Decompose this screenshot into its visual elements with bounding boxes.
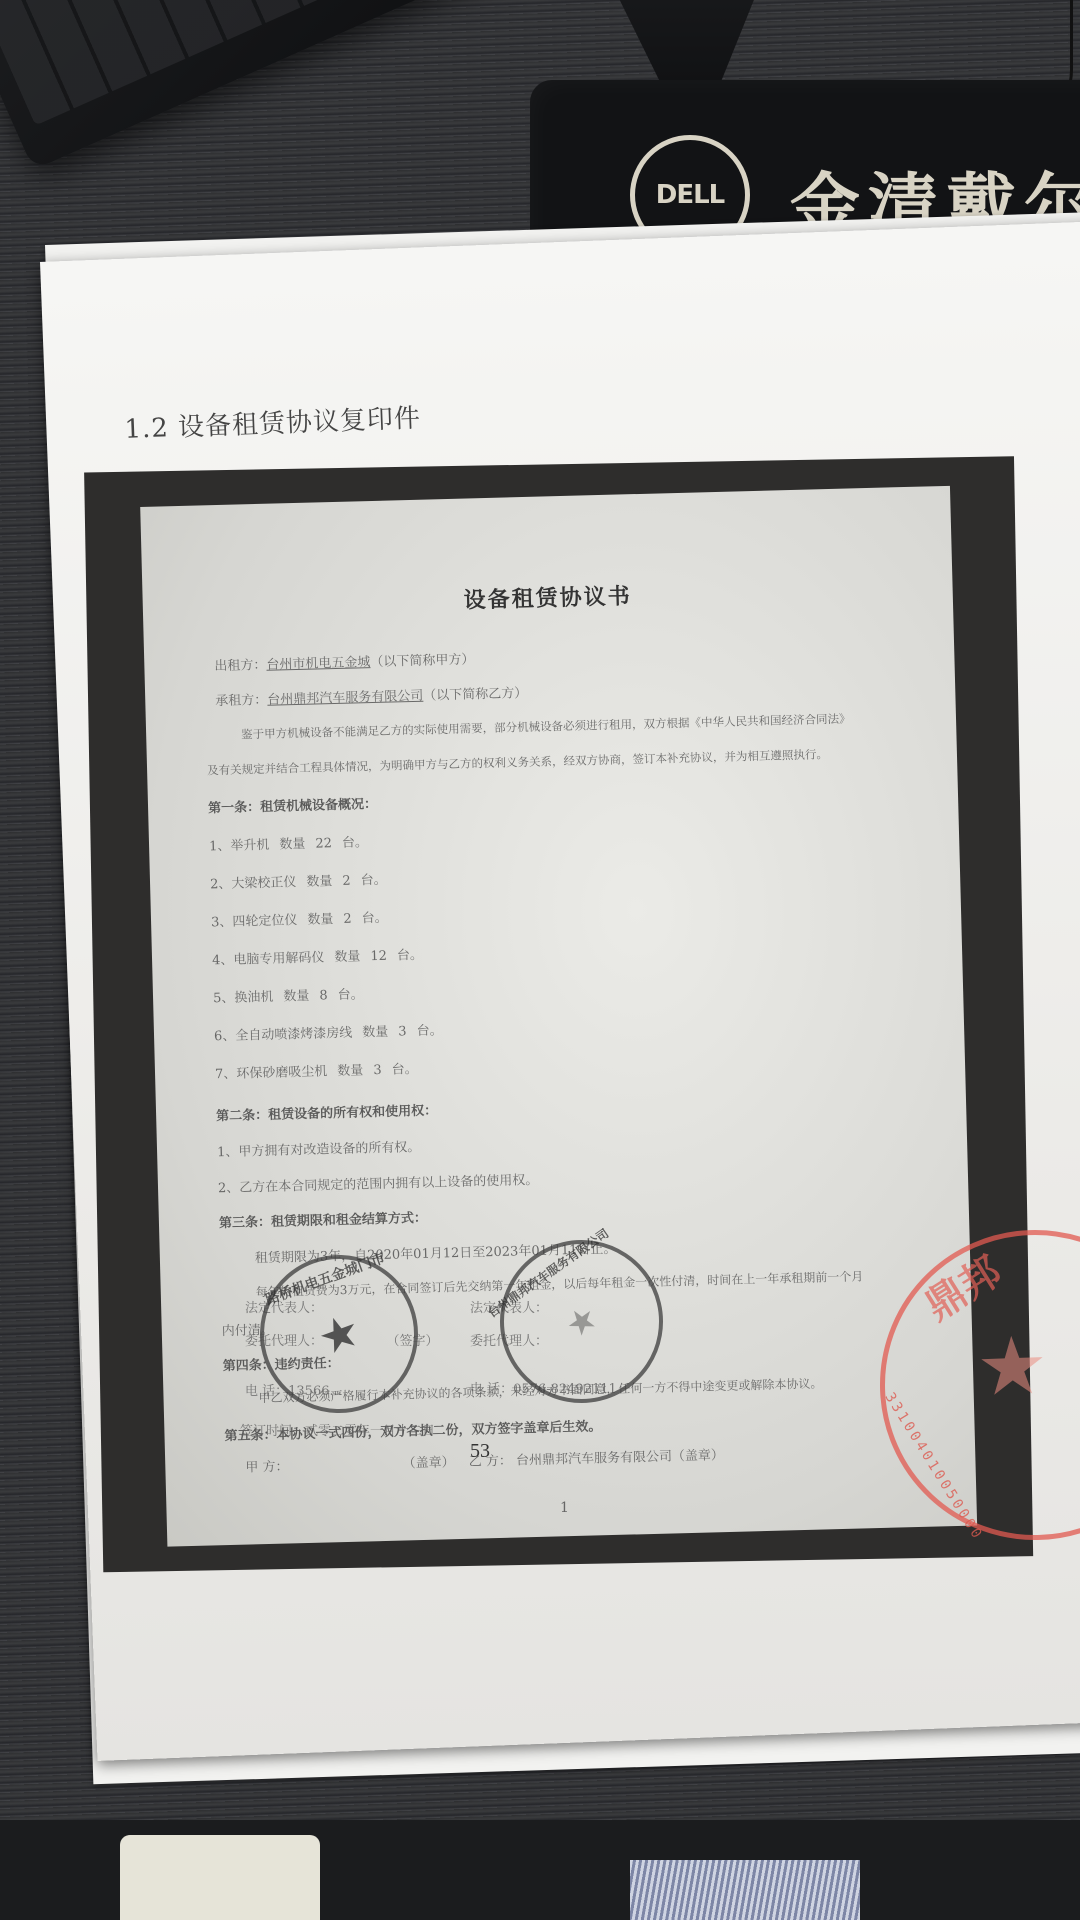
preamble-line-2: 及有关规定并结合工程具体情况，为明确甲方与乙方的权利义务关系，经双方协商，签订本… — [207, 746, 828, 778]
article-3-rent: 每年的租赁费为3万元，在合同签订后先交纳第一年租金，以后每年租金一次性付清，时间… — [256, 1267, 864, 1300]
equipment-qty-label: 数量 — [362, 1025, 388, 1041]
equipment-unit: 台。 — [361, 911, 387, 927]
equipment-qty-label: 数量 — [307, 912, 333, 928]
equipment-unit: 台。 — [397, 948, 423, 964]
equipment-unit: 台。 — [342, 835, 368, 851]
section-heading: 1.2 设备租赁协议复印件 — [124, 398, 422, 446]
party-a-line: 出租方：台州市机电五金城（以下简称甲方） — [214, 648, 474, 674]
equipment-name: 举升机 — [230, 838, 269, 854]
cup — [120, 1835, 320, 1920]
equipment-item: 5、换油机数量8台。 — [213, 983, 364, 1006]
equipment-name: 全自动喷漆烤漆房线 — [235, 1026, 352, 1044]
article-2-item: 2、乙方在本合同规定的范围内拥有以上设备的使用权。 — [218, 1169, 539, 1196]
equipment-qty: 8 — [319, 988, 328, 1003]
equipment-qty: 22 — [315, 836, 332, 851]
equipment-qty-label: 数量 — [334, 949, 360, 965]
equipment-list: 1、举升机数量22台。2、大梁校正仪数量2台。3、四轮定位仪数量2台。4、电脑专… — [140, 486, 950, 507]
equipment-item: 1、举升机数量22台。 — [209, 831, 368, 854]
keyboard — [0, 0, 545, 170]
equipment-unit: 台。 — [360, 873, 386, 889]
equipment-item: 4、电脑专用解码仪数量12台。 — [212, 944, 423, 969]
article-3-heading: 第三条：租赁期限和租金结算方式： — [219, 1207, 427, 1231]
equipment-index: 2、 — [210, 877, 232, 893]
equipment-index: 1、 — [209, 839, 231, 855]
party-b-name: 台州鼎邦汽车服务有限公司 — [267, 689, 423, 708]
agreement-title: 设备租赁协议书 — [142, 571, 953, 623]
equipment-qty: 3 — [373, 1063, 382, 1078]
preamble-line-1: 鉴于甲方机械设备不能满足乙方的实际使用需要，部分机械设备必须进行租用，双方根据《… — [241, 711, 851, 743]
article-3-term: 租赁期限为3年，自2020年01月12日至2023年01月11日止。 — [255, 1238, 617, 1266]
equipment-qty: 2 — [342, 874, 351, 889]
equipment-qty: 3 — [398, 1024, 407, 1039]
equipment-item: 6、全自动喷漆烤漆房线数量3台。 — [214, 1019, 443, 1044]
star-icon: ★ — [975, 1319, 1050, 1414]
page-number: 53 — [470, 1440, 490, 1463]
equipment-qty: 12 — [370, 949, 387, 964]
equipment-name: 环保砂磨吸尘机 — [236, 1064, 327, 1081]
article-4-heading: 第四条：违约责任： — [222, 1352, 339, 1374]
equipment-index: 3、 — [211, 915, 233, 931]
article-2-heading: 第二条：租赁设备的所有权和使用权： — [216, 1099, 437, 1124]
party-a-name: 台州市机电五金城 — [266, 655, 370, 673]
striped-fabric — [630, 1860, 860, 1920]
equipment-unit: 台。 — [337, 987, 363, 1003]
agreement-photocopy: 设备租赁协议书 出租方：台州市机电五金城（以下简称甲方） 承租方：台州鼎邦汽车服… — [140, 486, 977, 1547]
equipment-item: 7、环保砂磨吸尘机数量3台。 — [215, 1058, 418, 1082]
equipment-index: 7、 — [215, 1067, 237, 1083]
equipment-index: 4、 — [212, 953, 234, 969]
equipment-qty-label: 数量 — [306, 874, 332, 890]
article-1-heading: 第一条：租赁机械设备概况： — [208, 793, 377, 816]
equipment-name: 大梁校正仪 — [231, 875, 296, 892]
equipment-name: 换油机 — [234, 990, 273, 1006]
binder-page: 1.2 设备租赁协议复印件 设备租赁协议书 出租方：台州市机电五金城（以下简称甲… — [40, 221, 1080, 1761]
equipment-index: 6、 — [214, 1029, 236, 1045]
equipment-item: 2、大梁校正仪数量2台。 — [210, 869, 387, 893]
party-b-line: 承租方：台州鼎邦汽车服务有限公司（以下简称乙方） — [215, 682, 527, 709]
equipment-qty-label: 数量 — [279, 837, 305, 853]
equipment-name: 电脑专用解码仪 — [233, 950, 324, 967]
equipment-qty-label: 数量 — [283, 989, 309, 1005]
equipment-unit: 台。 — [391, 1062, 417, 1078]
equipment-qty-label: 数量 — [337, 1063, 363, 1079]
article-3-rent-cont: 内付清。 — [222, 1319, 274, 1339]
equipment-qty: 2 — [343, 912, 352, 927]
article-5-text: 第五条：本协议一式四份，双方各执二份，双方签字盖章后生效。 — [224, 1415, 601, 1444]
equipment-item: 3、四轮定位仪数量2台。 — [211, 907, 388, 931]
equipment-unit: 台。 — [416, 1023, 442, 1039]
article-4-text: 甲乙双方必须严格履行本补充协议的各项条款，未经对方书面同意，任何一方不得中途变更… — [258, 1374, 822, 1406]
equipment-index: 5、 — [213, 991, 235, 1007]
article-2-item: 1、甲方拥有对改造设备的所有权。 — [217, 1136, 421, 1160]
equipment-name: 四轮定位仪 — [232, 913, 297, 930]
